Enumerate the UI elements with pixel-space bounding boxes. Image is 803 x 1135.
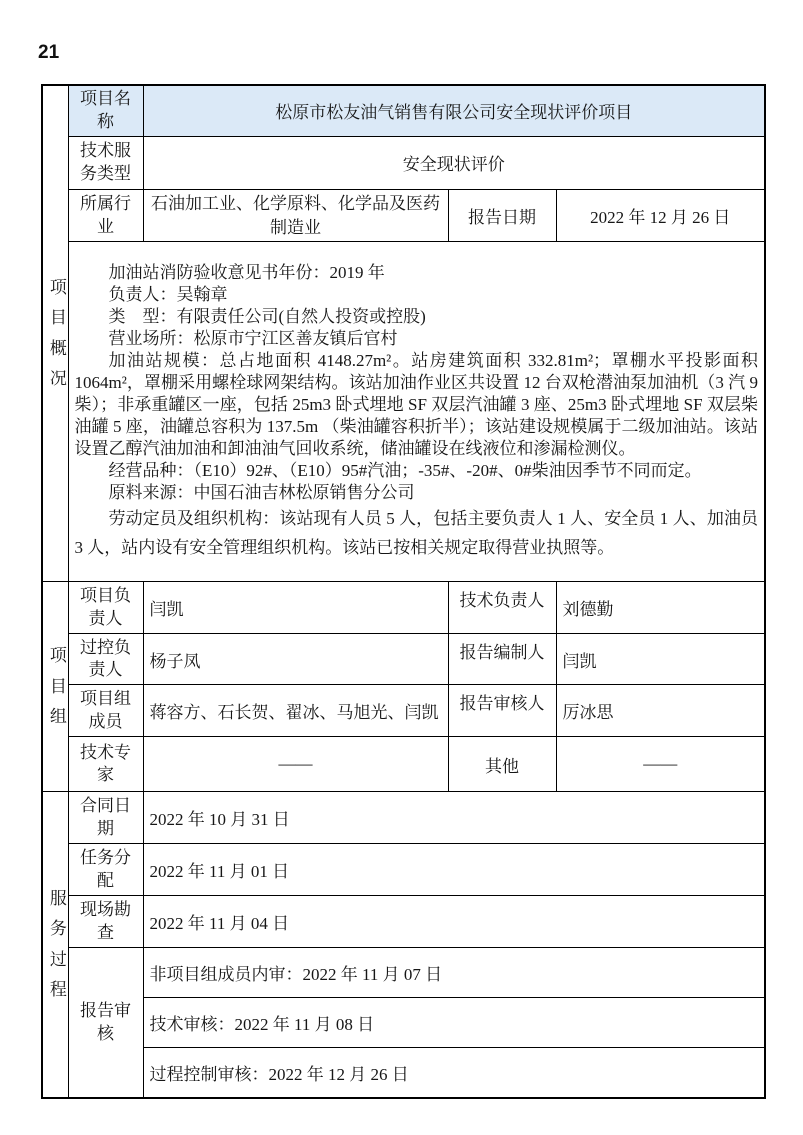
industry-label: 所属行业 — [76, 193, 136, 239]
project-summary-table: 项目概况 项目名称 松原市松友油气销售有限公司安全现状评价项目 技术服务类型 安… — [41, 84, 766, 1099]
overview-paragraph: 劳动定员及组织机构：该站现有人员 5 人，包括主要负责人 1 人、安全员 1 人… — [75, 504, 759, 562]
row-tech-expert: 技术专家 —— 其他 —— — [42, 737, 765, 792]
row-team-members: 项目组成员 蒋容方、石长贺、翟冰、马旭光、闫凯 报告审核人 厉冰思 — [42, 685, 765, 737]
project-name-label-cell: 项目名称 — [68, 85, 143, 136]
overview-paragraph: 类 型：有限责任公司(自然人投资或控股) — [75, 306, 759, 328]
site-survey-value: 2022 年 11 月 04 日 — [143, 896, 765, 948]
overview-paragraph: 经营品种：（E10）92#、（E10）95#汽油；-35#、-20#、0#柴油因… — [75, 460, 759, 482]
team-lead-label-cell: 项目负责人 — [68, 582, 143, 634]
report-reviewer-label: 报告审核人 — [448, 685, 556, 737]
project-name-value: 松原市松友油气销售有限公司安全现状评价项目 — [143, 85, 765, 136]
report-date-label: 报告日期 — [448, 189, 556, 242]
report-date-value: 2022 年 12 月 26 日 — [556, 189, 765, 242]
process-control-value: 杨子凤 — [143, 634, 448, 685]
process-control-label: 过控负责人 — [76, 637, 136, 683]
task-assignment-label: 任务分配 — [76, 847, 136, 893]
tech-expert-value: —— — [143, 737, 448, 792]
row-report-review-2: 技术审核：2022 年 11 月 08 日 — [42, 998, 765, 1048]
report-writer-label: 报告编制人 — [448, 634, 556, 685]
overview-paragraph: 原料来源：中国石油吉林松原销售分公司 — [75, 482, 759, 504]
report-writer-value: 闫凯 — [556, 634, 765, 685]
process-control-review-value: 过程控制审核：2022 年 12 月 26 日 — [143, 1048, 765, 1098]
process-control-label-cell: 过控负责人 — [68, 634, 143, 685]
industry-label-cell: 所属行业 — [68, 189, 143, 242]
section-process-label-cell: 服务过程 — [42, 792, 68, 1098]
report-review-label: 报告审核 — [76, 1000, 136, 1046]
internal-review-value: 非项目组成员内审：2022 年 11 月 07 日 — [143, 948, 765, 998]
team-members-label-cell: 项目组成员 — [68, 685, 143, 737]
team-members-value: 蒋容方、石长贺、翟冰、马旭光、闫凯 — [143, 685, 448, 737]
overview-paragraphs: 加油站消防验收意见书年份：2019 年 负责人：吴翰章 类 型：有限责任公司(自… — [75, 262, 759, 562]
team-lead-value: 闫凯 — [143, 582, 448, 634]
row-team-lead: 项目组 项目负责人 闫凯 技术负责人 刘德勤 — [42, 582, 765, 634]
row-site-survey: 现场勘查 2022 年 11 月 04 日 — [42, 896, 765, 948]
other-value: —— — [556, 737, 765, 792]
document-page: 21 项目概况 项目名称 松原市松友油气销售有限公司安全现状评价项目 技术服务类… — [0, 0, 803, 1135]
tech-expert-label-cell: 技术专家 — [68, 737, 143, 792]
row-overview-text: 加油站消防验收意见书年份：2019 年 负责人：吴翰章 类 型：有限责任公司(自… — [42, 242, 765, 582]
overview-text-cell: 加油站消防验收意见书年份：2019 年 负责人：吴翰章 类 型：有限责任公司(自… — [68, 242, 765, 582]
report-reviewer-value: 厉冰思 — [556, 685, 765, 737]
report-review-label-cell: 报告审核 — [68, 948, 143, 1098]
site-survey-label: 现场勘查 — [76, 899, 136, 945]
contract-date-label: 合同日期 — [76, 795, 136, 841]
row-report-review-3: 过程控制审核：2022 年 12 月 26 日 — [42, 1048, 765, 1098]
row-service-type: 技术服务类型 安全现状评价 — [42, 136, 765, 189]
overview-paragraph: 营业场所：松原市宁江区善友镇后官村 — [75, 328, 759, 350]
other-label: 其他 — [448, 737, 556, 792]
section-process-label: 服务过程 — [49, 884, 68, 1006]
tech-lead-label: 技术负责人 — [448, 582, 556, 634]
team-lead-label: 项目负责人 — [76, 585, 136, 631]
service-type-label: 技术服务类型 — [76, 140, 136, 186]
site-survey-label-cell: 现场勘查 — [68, 896, 143, 948]
task-assignment-value: 2022 年 11 月 01 日 — [143, 844, 765, 896]
row-project-name: 项目概况 项目名称 松原市松友油气销售有限公司安全现状评价项目 — [42, 85, 765, 136]
technical-review-value: 技术审核：2022 年 11 月 08 日 — [143, 998, 765, 1048]
overview-paragraph: 负责人：吴翰章 — [75, 284, 759, 306]
section-team-label-cell: 项目组 — [42, 582, 68, 792]
overview-paragraph: 加油站消防验收意见书年份：2019 年 — [75, 262, 759, 284]
project-name-label: 项目名称 — [76, 88, 136, 134]
row-report-review-1: 报告审核 非项目组成员内审：2022 年 11 月 07 日 — [42, 948, 765, 998]
service-type-label-cell: 技术服务类型 — [68, 136, 143, 189]
tech-lead-value: 刘德勤 — [556, 582, 765, 634]
page-number: 21 — [38, 42, 59, 64]
task-assignment-label-cell: 任务分配 — [68, 844, 143, 896]
section-team-label: 项目组 — [49, 641, 68, 733]
row-process-control-lead: 过控负责人 杨子凤 报告编制人 闫凯 — [42, 634, 765, 685]
overview-paragraph: 加油站规模：总占地面积 4148.27m²。站房建筑面积 332.81m²；罩棚… — [75, 350, 759, 460]
team-members-label: 项目组成员 — [76, 688, 136, 734]
section-overview-label-cell: 项目概况 — [42, 85, 68, 582]
contract-date-label-cell: 合同日期 — [68, 792, 143, 844]
row-task-assignment: 任务分配 2022 年 11 月 01 日 — [42, 844, 765, 896]
row-contract-date: 服务过程 合同日期 2022 年 10 月 31 日 — [42, 792, 765, 844]
row-industry: 所属行业 石油加工业、化学原料、化学品及医药制造业 报告日期 2022 年 12… — [42, 189, 765, 242]
section-overview-label: 项目概况 — [49, 273, 68, 395]
industry-value: 石油加工业、化学原料、化学品及医药制造业 — [143, 189, 448, 242]
tech-expert-label: 技术专家 — [76, 742, 136, 788]
contract-date-value: 2022 年 10 月 31 日 — [143, 792, 765, 844]
service-type-value: 安全现状评价 — [143, 136, 765, 189]
